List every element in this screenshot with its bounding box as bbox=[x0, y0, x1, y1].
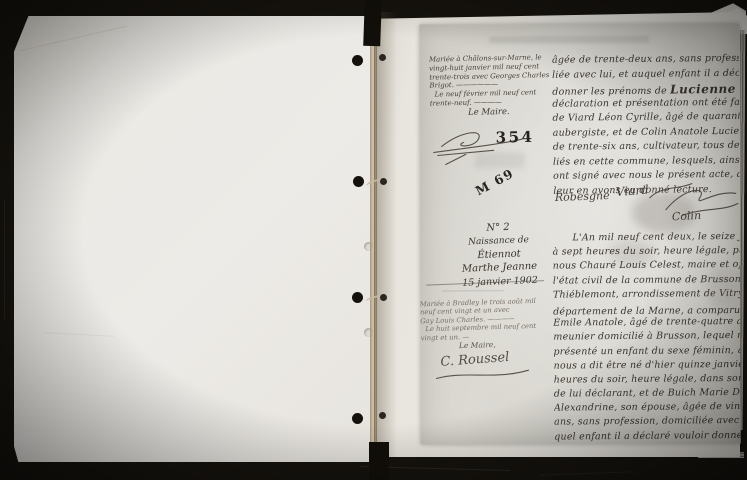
margin-note-closing: Le Maire. bbox=[430, 106, 552, 121]
punch-hole bbox=[352, 55, 363, 66]
act-text-line: donner les prénoms de Lucienne Marie. Ce… bbox=[552, 82, 739, 98]
photo-stain bbox=[706, 267, 736, 309]
punch-hole-small bbox=[379, 412, 386, 419]
gutter-shadow bbox=[375, 12, 397, 457]
signature-robesgne: Robesgne bbox=[555, 189, 610, 204]
punch-hole bbox=[353, 176, 364, 187]
punch-hole bbox=[352, 292, 363, 303]
punch-hole-small bbox=[380, 178, 387, 185]
background-scratch bbox=[4, 200, 5, 320]
film-mark-stamp: M 69 bbox=[473, 165, 517, 198]
child-name: Lucienne Marie bbox=[670, 82, 739, 97]
binding-notch-top bbox=[363, 0, 382, 46]
binding-notch-bottom bbox=[369, 442, 389, 480]
background-scratch bbox=[540, 471, 630, 475]
act-text-line: quel enfant il a déclaré vouloir donner … bbox=[554, 430, 741, 445]
paper-crease bbox=[44, 332, 114, 337]
margin-note-1933: Mariée à Châlons-sur-Marne, le vingt-hui… bbox=[429, 53, 552, 120]
punch-hole-small bbox=[379, 54, 386, 61]
binding-crease bbox=[370, 12, 377, 460]
act-number-stamp: 354 bbox=[495, 128, 534, 147]
paper-crease bbox=[19, 26, 126, 52]
mayor-signature-flourish bbox=[434, 366, 530, 384]
stray-pen-mark bbox=[442, 152, 472, 168]
signature-viard: Viard bbox=[615, 183, 649, 199]
register-photograph: Mariée à Châlons-sur-Marne, le vingt-hui… bbox=[419, 23, 740, 444]
margin-note-1921: Mariée à Bradley le trois août mil neuf … bbox=[420, 296, 556, 353]
ghost-print bbox=[489, 36, 649, 44]
act-text-paragraph-2: L'An mil neuf cent deux, le seize janvi … bbox=[552, 231, 740, 445]
left-blank-page bbox=[14, 16, 374, 462]
archival-register-scan: Mariée à Châlons-sur-Marne, le vingt-hui… bbox=[0, 0, 747, 480]
margin-rule bbox=[442, 290, 504, 291]
act-text-segment: donner les prénoms de bbox=[552, 86, 670, 98]
punch-hole bbox=[352, 413, 363, 424]
punch-hole-small bbox=[380, 294, 387, 301]
signature-colin: Colin bbox=[672, 209, 702, 224]
act-text-paragraph-1: âgée de trente-deux ans, sans profession… bbox=[552, 53, 741, 200]
